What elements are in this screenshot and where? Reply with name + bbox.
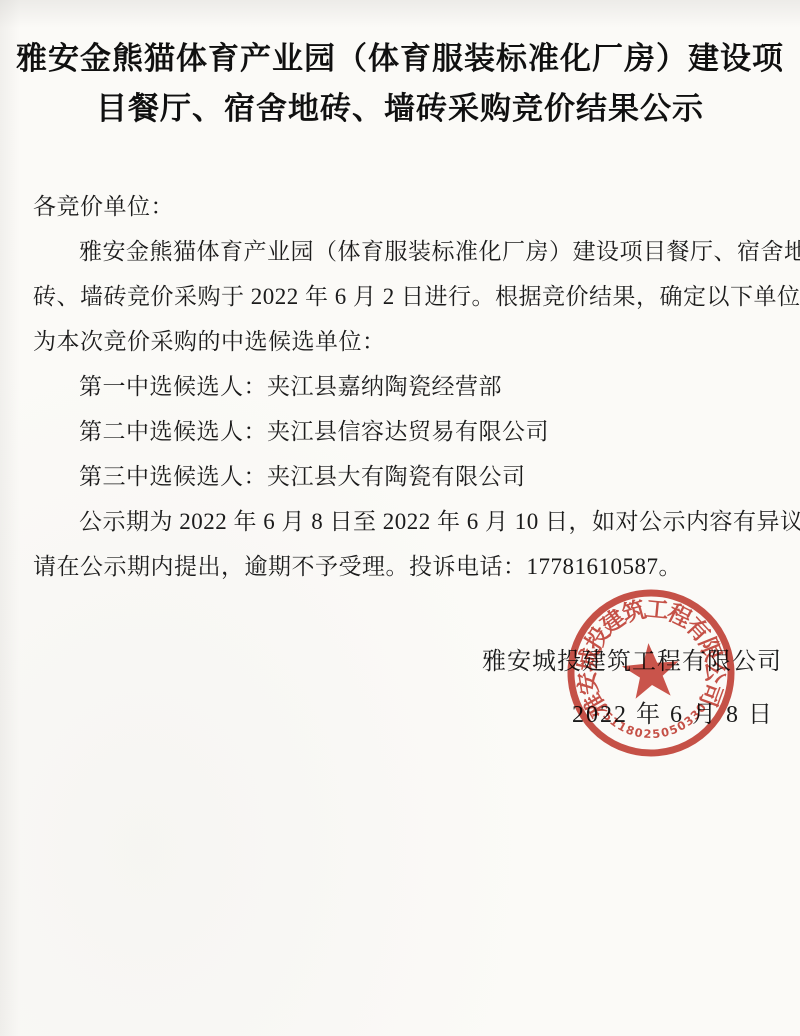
paragraph-line-2: 砖、墙砖竞价采购于 2022 年 6 月 2 日进行。根据竞价结果，确定以下单位 [33,274,774,319]
official-seal: 雅安城投建筑工程有限公司 5118025050330 [548,570,754,776]
candidate-line-1: 第一中选候选人：夹江县嘉纳陶瓷经营部 [33,364,774,409]
candidate-line-2: 第二中选候选人：夹江县信容达贸易有限公司 [33,409,774,454]
svg-text:2: 2 [643,727,652,741]
title-line-2: 目餐厅、宿舍地砖、墙砖采购竞价结果公示 [0,84,800,134]
candidate-line-3: 第三中选候选人：夹江县大有陶瓷有限公司 [33,454,774,499]
title-line-1: 雅安金熊猫体育产业园（体育服装标准化厂房）建设项 [0,34,800,84]
notice-document: 雅安金熊猫体育产业园（体育服装标准化厂房）建设项 目餐厅、宿舍地砖、墙砖采购竞价… [0,0,800,1036]
salutation-line: 各竞价单位： [33,184,774,229]
document-title: 雅安金熊猫体育产业园（体育服装标准化厂房）建设项 目餐厅、宿舍地砖、墙砖采购竞价… [0,34,800,134]
document-body: 各竞价单位： 雅安金熊猫体育产业园（体育服装标准化厂房）建设项目餐厅、宿舍地 砖… [33,184,774,589]
seal-star-icon [620,641,682,700]
closing-line-1: 公示期为 2022 年 6 月 8 日至 2022 年 6 月 10 日，如对公… [33,499,774,544]
paragraph-line-3: 为本次竞价采购的中选候选单位： [33,319,774,364]
paragraph-line-1: 雅安金熊猫体育产业园（体育服装标准化厂房）建设项目餐厅、宿舍地 [33,229,774,274]
